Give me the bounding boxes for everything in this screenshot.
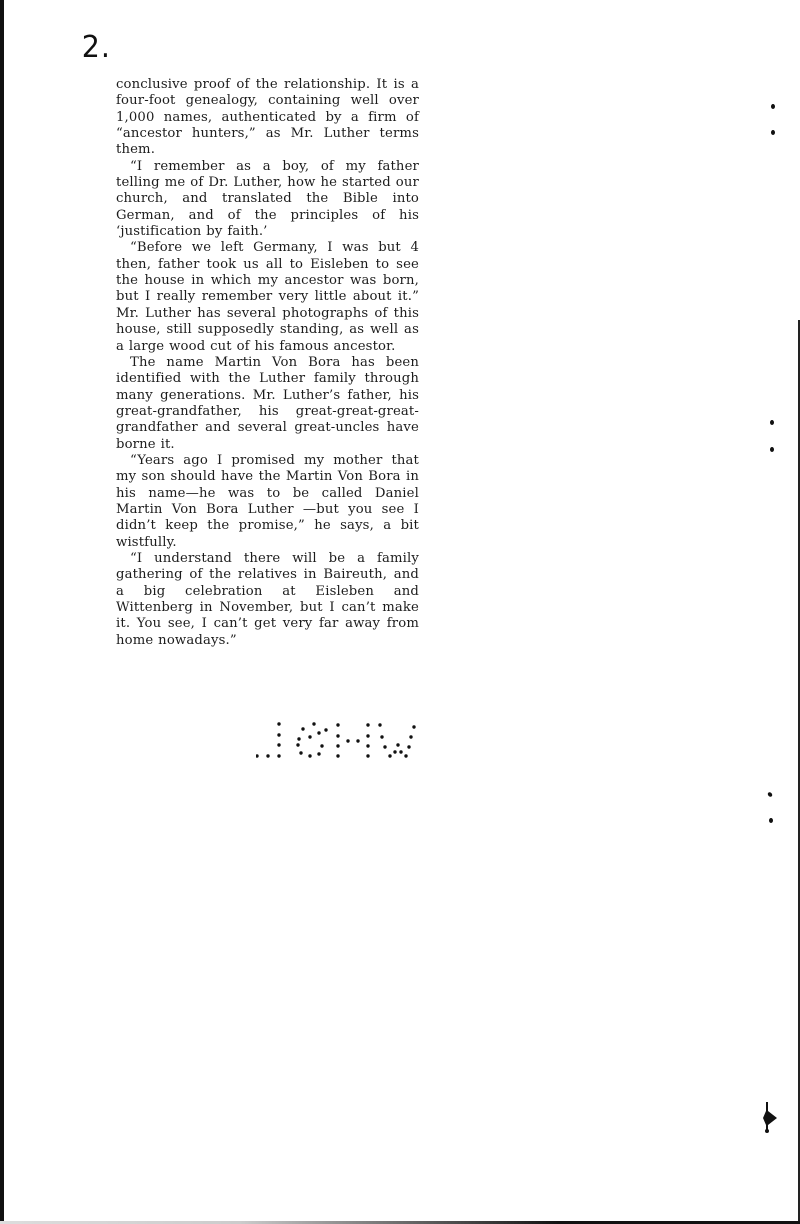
binding-hole-dot-icon	[767, 791, 773, 797]
binding-hole-dot-icon	[771, 130, 775, 135]
binding-hole-dot-icon	[769, 818, 773, 823]
paragraph: “Before we left Germany, I was but 4 the…	[116, 240, 419, 354]
paragraph: “Years ago I promised my mother that my …	[116, 453, 419, 551]
binding-hole-dot-icon	[770, 420, 774, 425]
perforation-stamp	[256, 716, 416, 762]
pointer-arrow-icon	[762, 1102, 782, 1138]
perforated-letters-icon	[256, 716, 416, 762]
article-column: conclusive proof of the relationship. It…	[116, 77, 419, 649]
page-number: 2.	[82, 30, 111, 65]
scan-border-left	[0, 0, 4, 1224]
paragraph: “I understand there will be a family gat…	[116, 551, 419, 649]
paragraph: conclusive proof of the relationship. It…	[116, 77, 419, 159]
paragraph: The name Martin Von Bora has been identi…	[116, 355, 419, 453]
paragraph: “I remember as a boy, of my father telli…	[116, 159, 419, 241]
binding-hole-dot-icon	[771, 104, 775, 109]
binding-hole-dot-icon	[770, 447, 774, 452]
